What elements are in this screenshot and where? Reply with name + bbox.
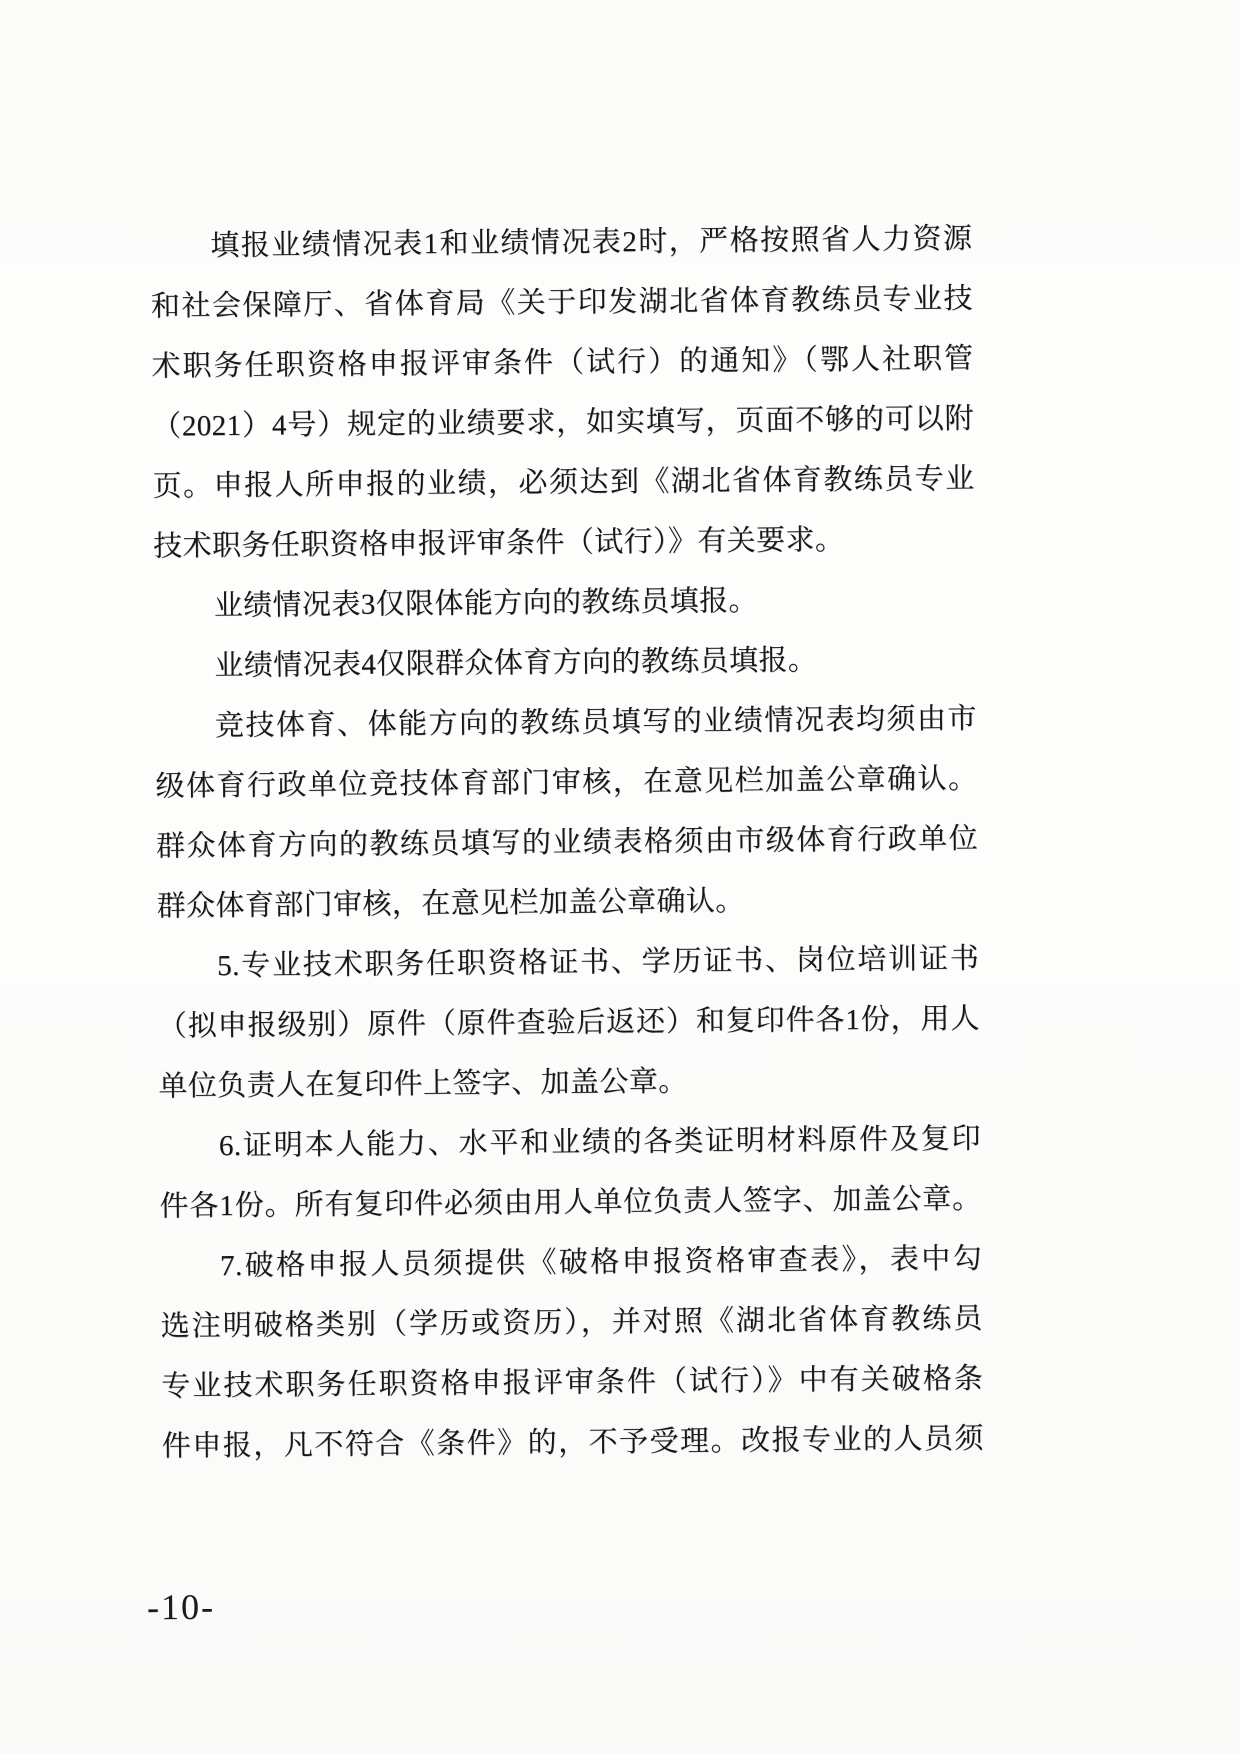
page-number: -10- xyxy=(147,1586,215,1628)
text-line: 填报业绩情况表1和业绩情况表2时，严格按照省人力资源 xyxy=(150,209,973,277)
text-line: 竞技体育、体能方向的教练员填写的业绩情况表均须由市 xyxy=(155,689,978,757)
text-line: 技术职务任职资格申报评审条件（试行）》有关要求。 xyxy=(153,509,976,577)
text-line: 群众体育方向的教练员填写的业绩表格须由市级体育行政单位 xyxy=(156,809,979,877)
text-line: 选注明破格类别（学历或资历），并对照《湖北省体育教练员 xyxy=(160,1289,983,1357)
text-line: 件各1份。所有复印件必须由用人单位负责人签字、加盖公章。 xyxy=(159,1169,982,1237)
text-line: 业绩情况表3仅限体能方向的教练员填报。 xyxy=(153,569,976,637)
body-text: 填报业绩情况表1和业绩情况表2时，严格按照省人力资源 和社会保障厅、省体育局《关… xyxy=(150,209,984,1477)
text-line: 页。申报人所申报的业绩，必须达到《湖北省体育教练员专业 xyxy=(152,449,975,517)
text-line: 件申报，凡不符合《条件》的，不予受理。改报专业的人员须 xyxy=(162,1409,985,1477)
text-line: 级体育行政单位竞技体育部门审核，在意见栏加盖公章确认。 xyxy=(155,749,978,817)
text-line: （拟申报级别）原件（原件查验后返还）和复印件各1份，用人 xyxy=(158,989,981,1057)
text-line: 和社会保障厅、省体育局《关于印发湖北省体育教练员专业技 xyxy=(151,269,974,337)
text-line: 7.破格申报人员须提供《破格申报资格审查表》，表中勾 xyxy=(160,1229,983,1297)
text-line: 单位负责人在复印件上签字、加盖公章。 xyxy=(158,1049,981,1117)
text-line: 专业技术职务任职资格申报评审条件（试行）》中有关破格条 xyxy=(161,1349,984,1417)
text-line: （2021）4号）规定的业绩要求，如实填写，页面不够的可以附 xyxy=(152,389,975,457)
text-line: 术职务任职资格申报评审条件（试行）的通知》（鄂人社职管 xyxy=(151,329,974,397)
document-page: 填报业绩情况表1和业绩情况表2时，严格按照省人力资源 和社会保障厅、省体育局《关… xyxy=(0,0,1240,1754)
text-line: 6.证明本人能力、水平和业绩的各类证明材料原件及复印 xyxy=(159,1109,982,1177)
text-line: 业绩情况表4仅限群众体育方向的教练员填报。 xyxy=(154,629,977,697)
text-line: 群众体育部门审核，在意见栏加盖公章确认。 xyxy=(156,869,979,937)
text-line: 5.专业技术职务任职资格证书、学历证书、岗位培训证书 xyxy=(157,929,980,997)
